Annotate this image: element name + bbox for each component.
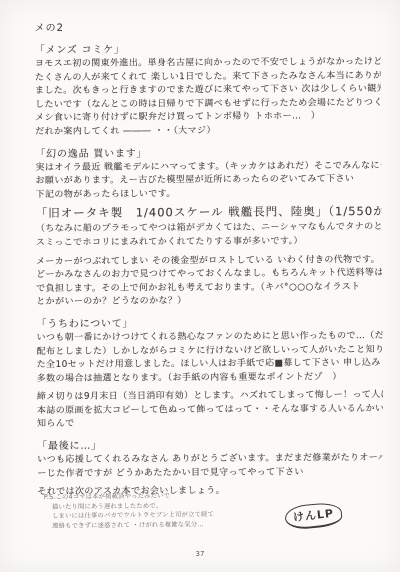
text-line: （ちなみに船のプラモってやつは箱がデカくてはた、ニーシャマなもんでタナのとどかず… (36, 221, 382, 237)
author-signature: けんLP (284, 501, 343, 531)
text-line: スミっこでホコリにまみれてかくれてたりする事が多いです。） (36, 235, 382, 251)
scan-page: メの2「メンズ コミケ」ヨモスエ初の関東外進出。単身名古屋に向かったので不安でし… (0, 0, 400, 572)
page-number: 37 (0, 550, 400, 558)
text-line: 本誌の原画を拡大コピーして色ぬって飾ってはって・・そんな事する人いるんかいな？ (37, 403, 383, 419)
text-line: お願いがあります。えー古びた模型屋が近所にあったらのぞいてみて下さい (35, 173, 381, 189)
handwritten-lines: メの2「メンズ コミケ」ヨモスエ初の関東外進出。単身名古屋に向かったので不安でし… (35, 19, 384, 500)
text-line: 多数の場合は抽選となります。（お手紙の内容も重要なポイントだゾ ） (37, 371, 383, 387)
text-line: とかがいーのか？どうなのかな？） (36, 294, 382, 310)
text-line: いつも応援してくれるみなさん ありがとうございます。まだまだ修業がたりオーバ (37, 452, 383, 468)
text-line: 「旧オータキ製 1/400スケール 戦艦長門、陸奥」（1/550かも） (36, 202, 382, 223)
text-line: したいです（なんとこの時は日帰りで下調べもせずに行ったため会場にたどりつくのがや… (35, 97, 381, 113)
text-line: メの2 (35, 19, 381, 36)
text-line: いつも朝一番にかけつけてくれる熱心なファンのためにと思い作ったもので…（だから無… (36, 330, 382, 346)
text-line: だれか案内してくれ ――― ・・（大マジ） (35, 124, 381, 140)
postscript-lines: P.S.この4コマは本が掲載済やったみたいで描いたり間にあう遅れましたためで、し… (44, 491, 214, 531)
text-line: で負担します。その上で何かお礼も考えております。（キバ°○○○なイラスト (36, 281, 382, 297)
text-line: 下記の物があったらほしいです。 (36, 187, 382, 203)
text-line: 連絡もできずに迷惑されて ・けがれる複雑な気分… (44, 520, 214, 531)
text-line: ーじた作者ですが どうかあたたかい目で見守ってやって下さい (37, 466, 383, 482)
text-line: 知らんで (37, 416, 383, 432)
